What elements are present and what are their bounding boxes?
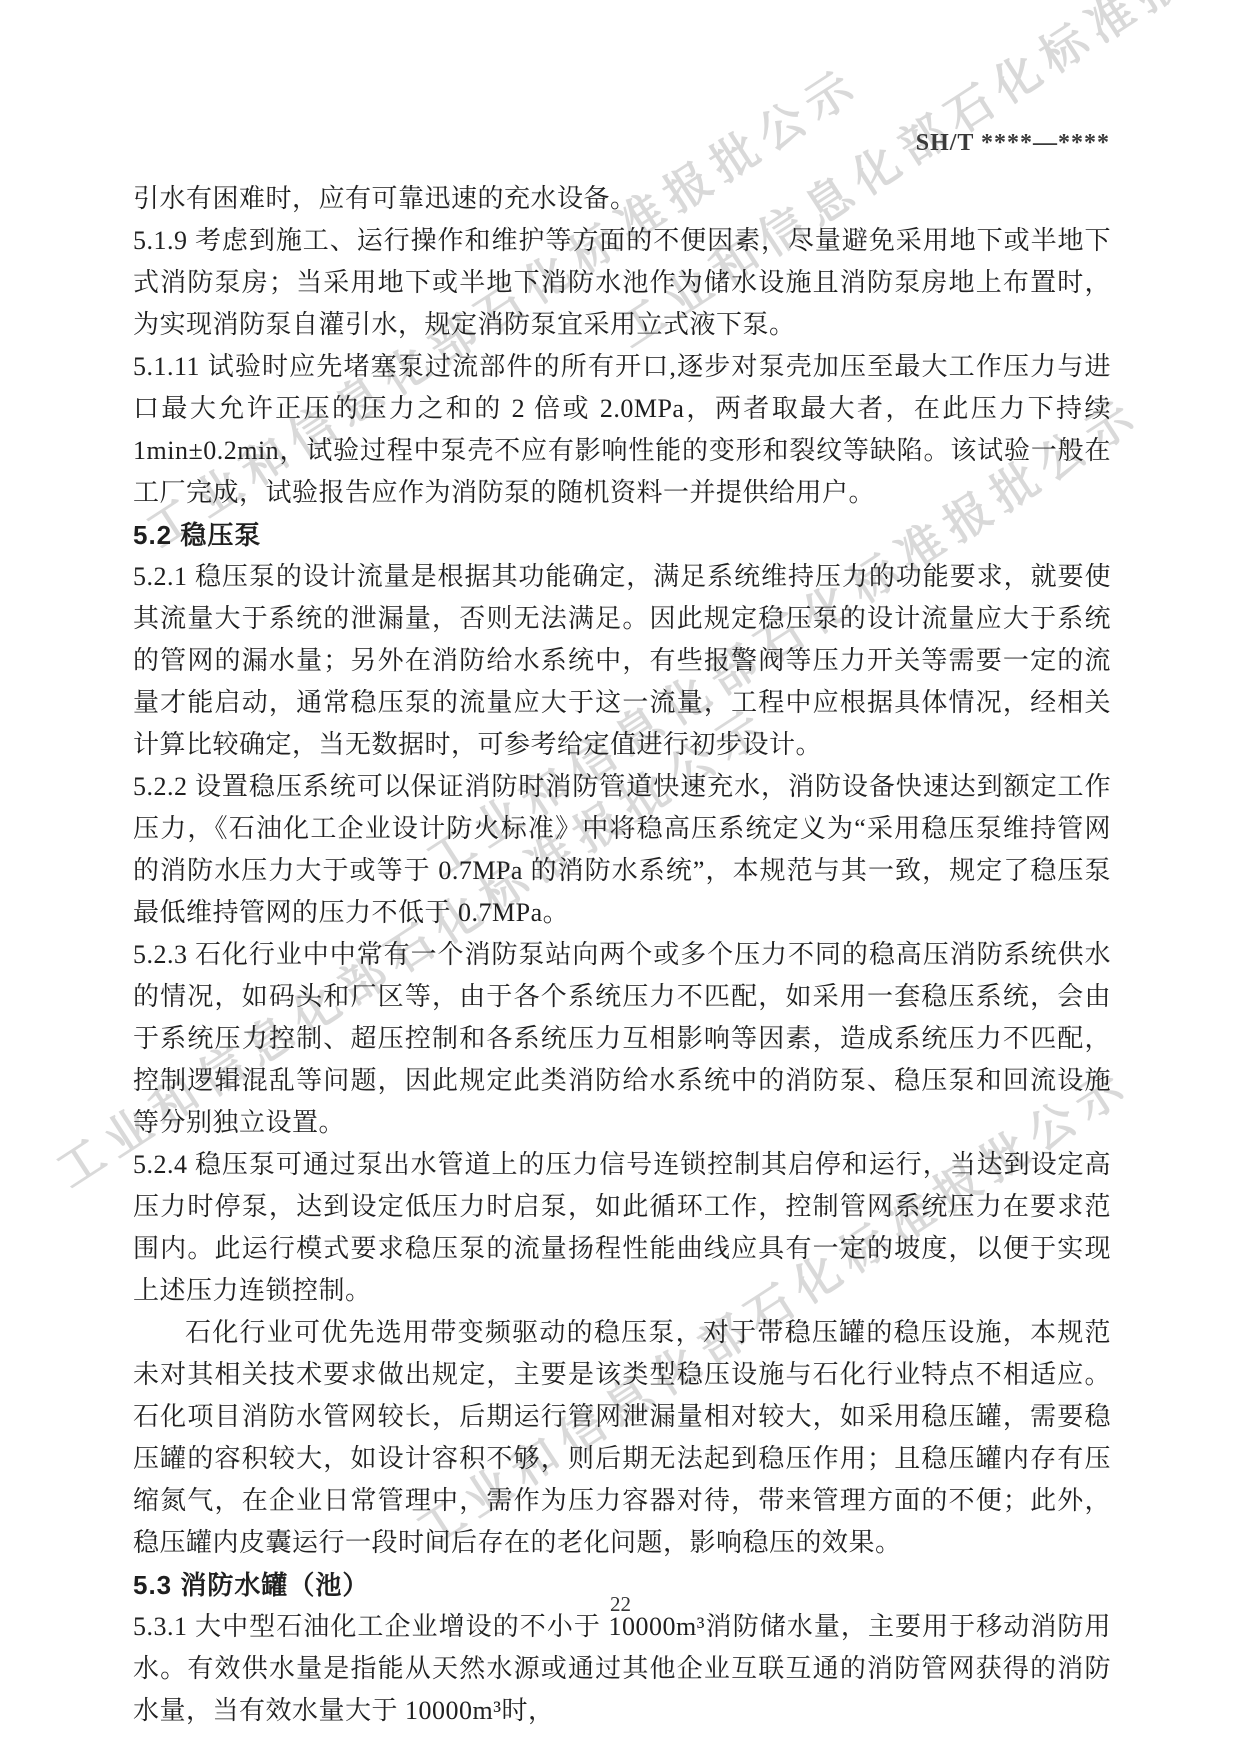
section-heading-5-2: 5.2 稳压泵: [133, 514, 1111, 556]
paragraph-5-3-1: 5.3.1 大中型石油化工企业增设的不小于 10000m³消防储水量，主要用于移…: [133, 1606, 1111, 1732]
paragraph-5-2-2: 5.2.2 设置稳压系统可以保证消防时消防管道快速充水，消防设备快速达到额定工作…: [133, 766, 1111, 934]
paragraph-5-1-11: 5.1.11 试验时应先堵塞泵过流部件的所有开口,逐步对泵壳加压至最大工作压力与…: [133, 346, 1111, 514]
paragraph-5-2-1: 5.2.1 稳压泵的设计流量是根据其功能确定，满足系统维持压力的功能要求，就要使…: [133, 556, 1111, 766]
standard-number-header: SH/T ****—****: [916, 130, 1110, 157]
paragraph-intro: 引水有困难时，应有可靠迅速的充水设备。: [133, 178, 1111, 220]
document-body: 引水有困难时，应有可靠迅速的充水设备。 5.1.9 考虑到施工、运行操作和维护等…: [133, 178, 1111, 1732]
paragraph-5-2-4: 5.2.4 稳压泵可通过泵出水管道上的压力信号连锁控制其启停和运行，当达到设定高…: [133, 1144, 1111, 1312]
page-number: 22: [0, 1592, 1241, 1617]
paragraph-5-1-9: 5.1.9 考虑到施工、运行操作和维护等方面的不便因素，尽量避免采用地下或半地下…: [133, 220, 1111, 346]
document-page: 工业和信息化部石化标准报批公示 工业和信息化部石化标准报批公示 工业和信息化部石…: [0, 0, 1241, 1754]
paragraph-5-2-3: 5.2.3 石化行业中中常有一个消防泵站向两个或多个压力不同的稳高压消防系统供水…: [133, 934, 1111, 1144]
paragraph-5-2-4-note: 石化行业可优先选用带变频驱动的稳压泵，对于带稳压罐的稳压设施，本规范未对其相关技…: [133, 1312, 1111, 1564]
